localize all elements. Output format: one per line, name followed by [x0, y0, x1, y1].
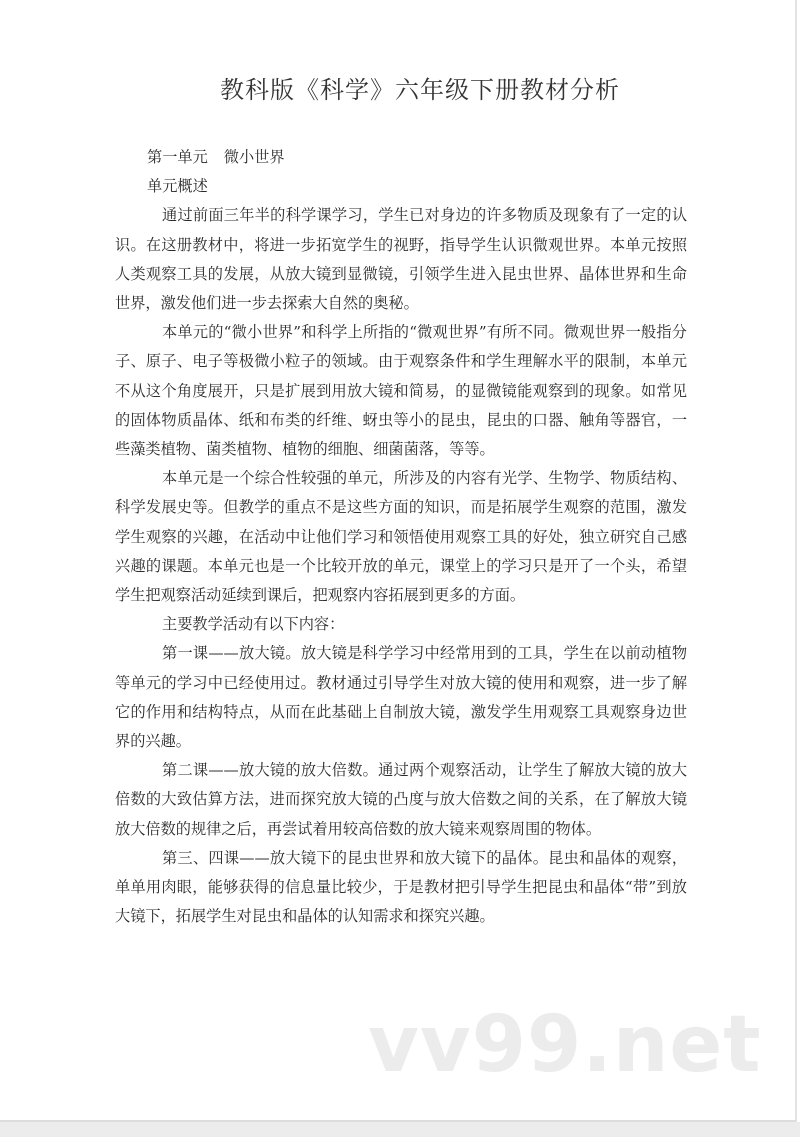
document-page: 教科版《科学》六年级下册教材分析 第一单元微小世界 单元概述 通过前面三年半的科…	[0, 0, 797, 1122]
document-title: 教科版《科学》六年级下册教材分析	[0, 70, 800, 105]
unit-number: 第一单元	[147, 148, 208, 166]
paragraph-lesson-2: 第二课——放大镜的放大倍数。通过两个观察活动，让学生了解放大镜的放大倍数的大致估…	[115, 756, 687, 844]
document-body: 第一单元微小世界 单元概述 通过前面三年半的科学课学习，学生已对身边的许多物质及…	[115, 143, 687, 931]
watermark: vv99.net	[368, 1000, 762, 1090]
section-label-overview: 单元概述	[115, 172, 687, 201]
paragraph-lesson-3-4: 第三、四课——放大镜下的昆虫世界和放大镜下的晶体。昆虫和晶体的观察，单单用肉眼，…	[115, 844, 687, 932]
paragraph-lesson-1: 第一课——放大镜。放大镜是科学学习中经常用到的工具，学生在以前动植物等单元的学习…	[115, 639, 687, 756]
unit-heading: 第一单元微小世界	[115, 143, 687, 172]
paragraph-micro-world: 本单元的“微小世界”和科学上所指的“微观世界”有所不同。微观世界一般指分子、原子…	[115, 318, 687, 464]
paragraph-comprehensive: 本单元是一个综合性较强的单元，所涉及的内容有光学、生物学、物质结构、科学发展史等…	[115, 464, 687, 610]
page-bottom-edge	[0, 1122, 800, 1137]
paragraph-intro: 通过前面三年半的科学课学习，学生已对身边的许多物质及现象有了一定的认识。在这册教…	[115, 201, 687, 318]
paragraph-activities-intro: 主要教学活动有以下内容：	[115, 610, 687, 639]
unit-name: 微小世界	[224, 148, 285, 166]
